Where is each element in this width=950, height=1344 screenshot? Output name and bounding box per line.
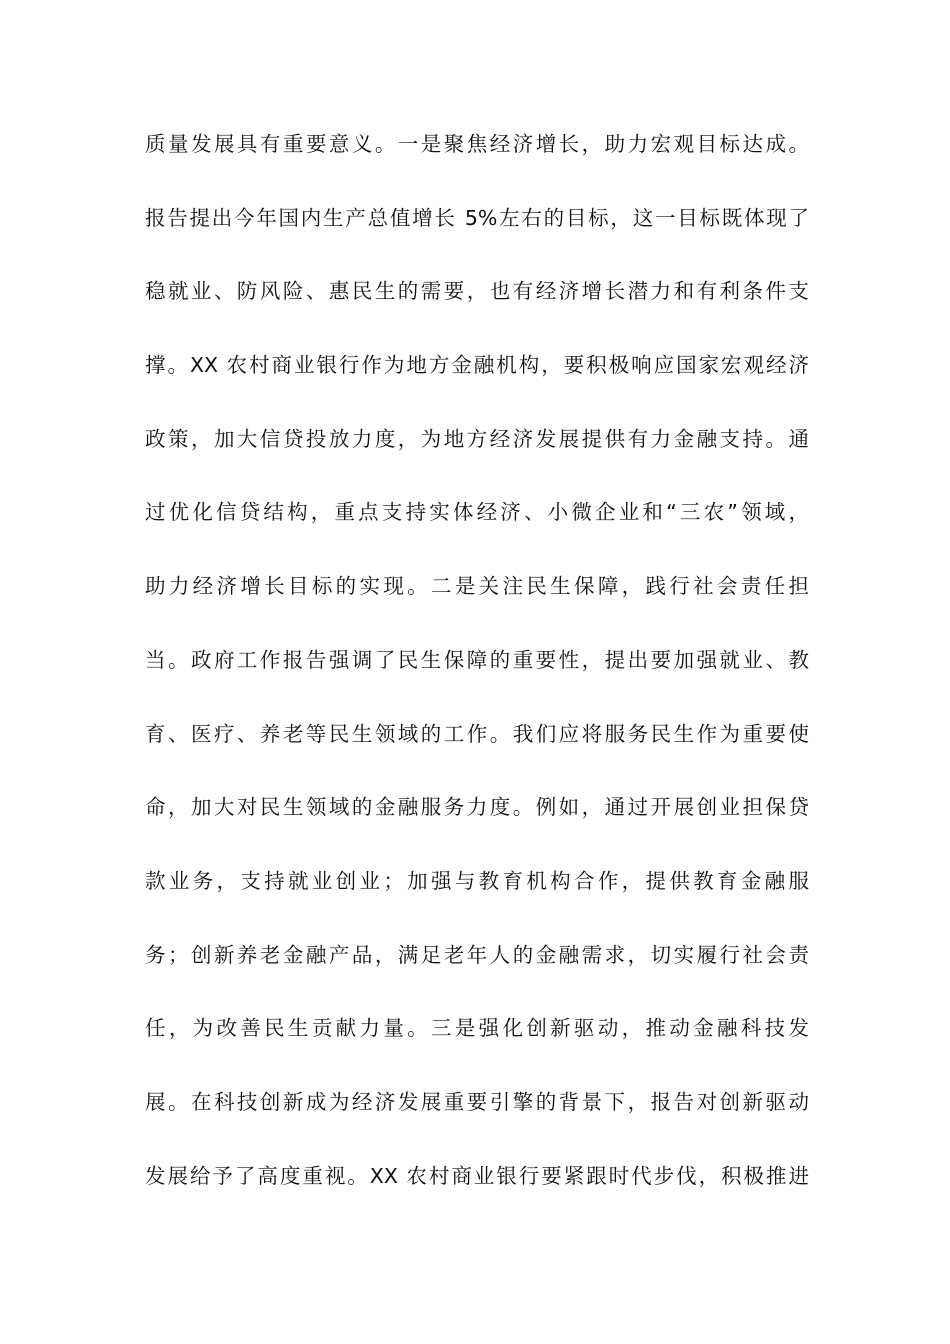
document-page: 质量发展具有重要意义。一是聚焦经济增长，助力宏观目标达成。 报告提出今年国内生产…: [0, 0, 950, 1344]
text-line: 务；创新养老金融产品，满足老年人的金融需求，切实履行社会责: [145, 935, 809, 1009]
text-line: 稳就业、防风险、惠民生的需要，也有经济增长潜力和有利条件支: [145, 271, 809, 345]
text-line: 款业务，支持就业创业；加强与教育机构合作，提供教育金融服: [145, 861, 809, 935]
text-line: 任，为改善民生贡献力量。三是强化创新驱动，推动金融科技发: [145, 1008, 809, 1082]
text-line: 政策，加大信贷投放力度，为地方经济发展提供有力金融支持。通: [145, 419, 809, 493]
text-line: 育、医疗、养老等民生领域的工作。我们应将服务民生作为重要使: [145, 714, 809, 788]
text-line: 发展给予了高度重视。XX 农村商业银行要紧跟时代步伐，积极推进: [145, 1156, 809, 1230]
text-line: 过优化信贷结构，重点支持实体经济、小微企业和“三农”领域，: [145, 492, 809, 566]
text-line: 报告提出今年国内生产总值增长 5%左右的目标，这一目标既体现了: [145, 198, 809, 272]
text-line: 质量发展具有重要意义。一是聚焦经济增长，助力宏观目标达成。: [145, 124, 809, 198]
text-line: 当。政府工作报告强调了民生保障的重要性，提出要加强就业、教: [145, 640, 809, 714]
text-line: 撑。XX 农村商业银行作为地方金融机构，要积极响应国家宏观经济: [145, 345, 809, 419]
body-paragraph: 质量发展具有重要意义。一是聚焦经济增长，助力宏观目标达成。 报告提出今年国内生产…: [145, 124, 809, 1229]
text-line: 展。在科技创新成为经济发展重要引擎的背景下，报告对创新驱动: [145, 1082, 809, 1156]
text-line: 命，加大对民生领域的金融服务力度。例如，通过开展创业担保贷: [145, 787, 809, 861]
text-line: 助力经济增长目标的实现。二是关注民生保障，践行社会责任担: [145, 566, 809, 640]
